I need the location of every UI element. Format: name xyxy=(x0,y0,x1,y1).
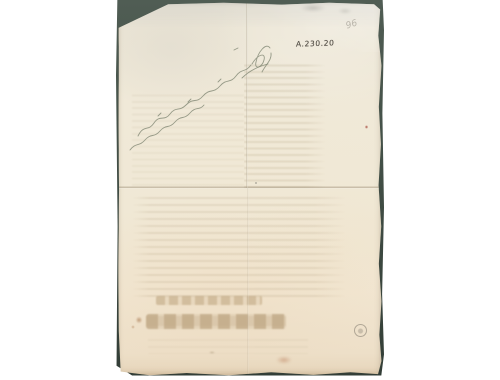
foxing-stain xyxy=(136,316,142,324)
catalog-number: A.230.20 xyxy=(296,38,335,48)
red-smudge-stain xyxy=(276,356,292,364)
bleedthrough-bold-line-2 xyxy=(146,314,286,329)
embossed-circle-stamp xyxy=(354,324,367,337)
bleedthrough-lower-half xyxy=(132,192,346,300)
vertical-fold-crease-lower xyxy=(247,188,249,376)
paper-sheet: A.230.20 96 xyxy=(118,2,382,376)
scanned-document-page: A.230.20 96 xyxy=(0,0,500,380)
tiny-gray-dot xyxy=(255,182,257,184)
horizontal-fold-crease xyxy=(118,186,382,189)
handwritten-pencil-note xyxy=(124,20,274,155)
top-gray-smudge xyxy=(338,8,352,14)
top-gray-smudge xyxy=(300,4,326,12)
bleedthrough-bottom xyxy=(148,334,308,354)
foxing-stain xyxy=(131,325,135,329)
red-dot-stain xyxy=(365,125,368,129)
handwriting-strokes xyxy=(124,20,274,155)
small-brown-mark xyxy=(209,351,215,354)
